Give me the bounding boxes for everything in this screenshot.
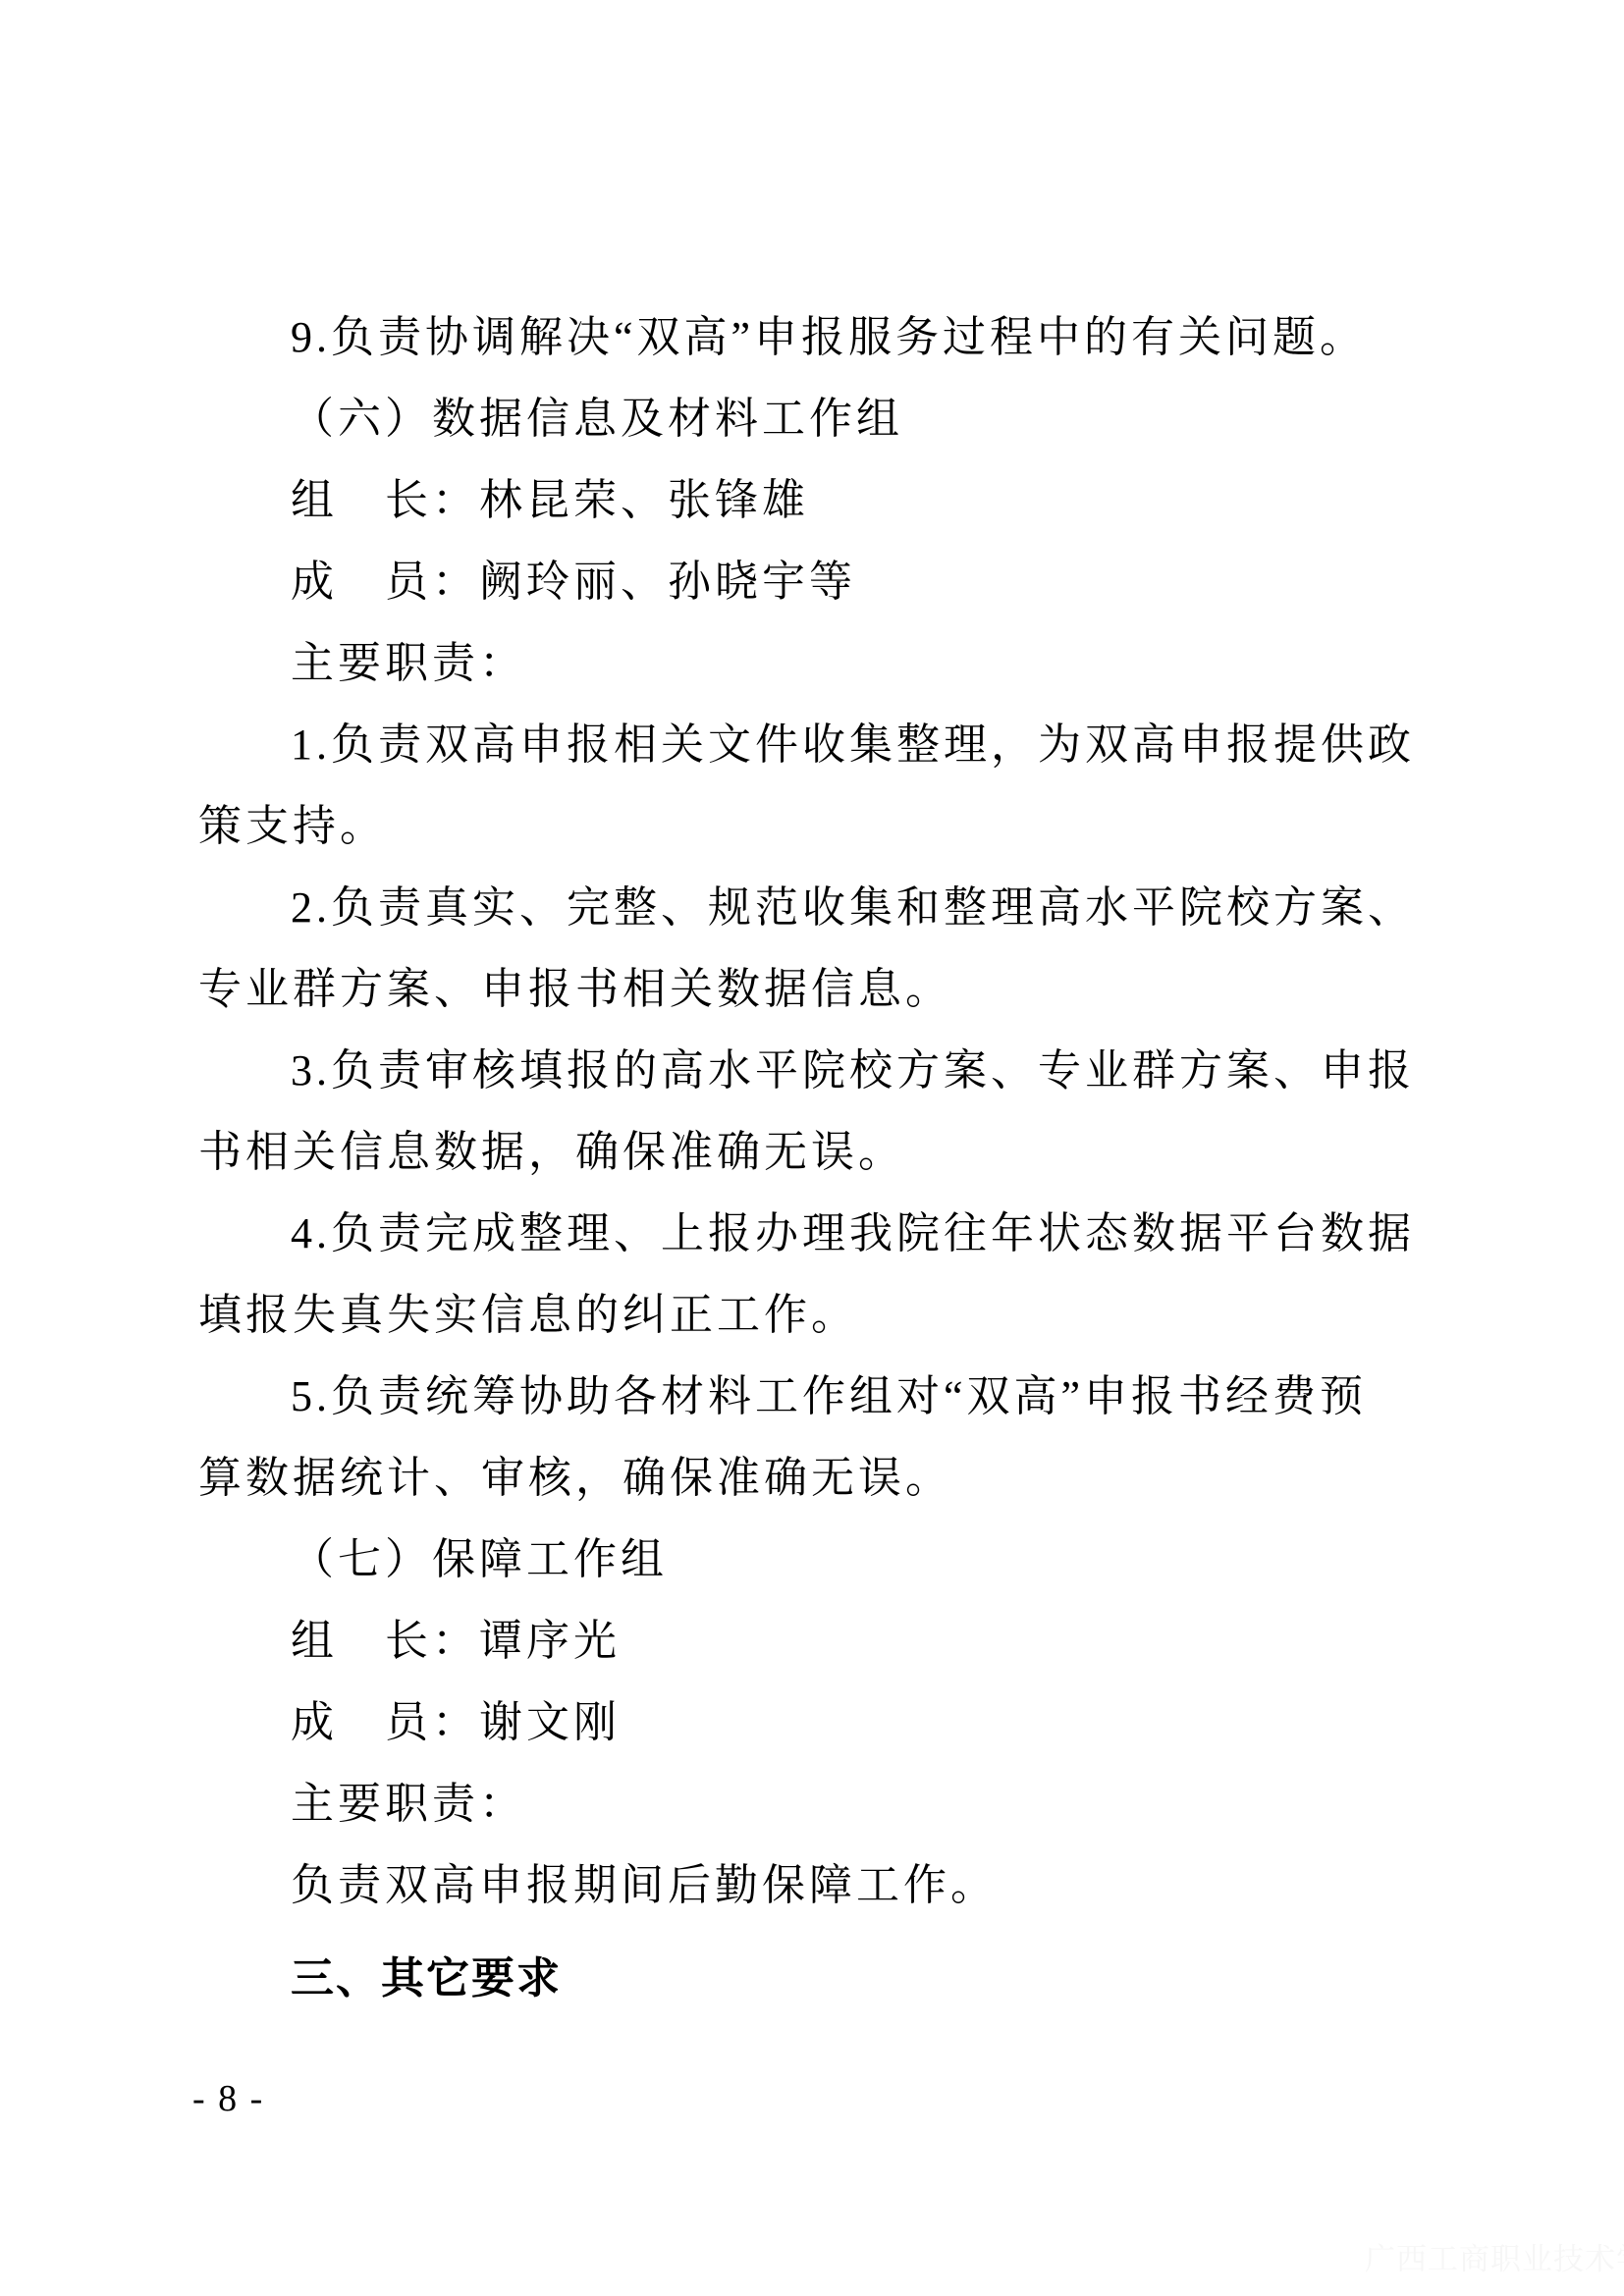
duties-label-2: 主要职责： <box>198 1763 1424 1844</box>
duty-2-line-2: 专业群方案、申报书相关数据信息。 <box>198 948 1424 1030</box>
duty-logistics-line: 负责双高申报期间后勤保障工作。 <box>198 1844 1424 1926</box>
duties-label: 主要职责： <box>198 622 1424 704</box>
watermark-text: 广西工商职业技术学院 <box>1365 2230 1624 2289</box>
duty-1-line-2: 策支持。 <box>198 785 1424 867</box>
chapter-heading-3: 三、其它要求 <box>198 1938 1424 2019</box>
duty-4-line-1: 4.负责完成整理、上报办理我院往年状态数据平台数据 <box>198 1193 1424 1274</box>
duty-2-line-1: 2.负责真实、完整、规范收集和整理高水平院校方案、 <box>198 867 1424 948</box>
duty-5-line-2: 算数据统计、审核，确保准确无误。 <box>198 1437 1424 1519</box>
duty-4-line-2: 填报失真失实信息的纠正工作。 <box>198 1274 1424 1356</box>
section-heading-7: （七）保障工作组 <box>198 1519 1424 1600</box>
document-page: 9.负责协调解决“双高”申报服务过程中的有关问题。 （六）数据信息及材料工作组 … <box>0 0 1624 2296</box>
page-number: - 8 - <box>192 2077 264 2120</box>
duty-5-line-1: 5.负责统筹协助各材料工作组对“双高”申报书经费预 <box>198 1356 1424 1437</box>
duty-1-line-1: 1.负责双高申报相关文件收集整理，为双高申报提供政 <box>198 704 1424 785</box>
paragraph-item-9: 9.负责协调解决“双高”申报服务过程中的有关问题。 <box>198 296 1424 378</box>
document-body: 9.负责协调解决“双高”申报服务过程中的有关问题。 （六）数据信息及材料工作组 … <box>198 296 1424 2019</box>
duty-3-line-1: 3.负责审核填报的高水平院校方案、专业群方案、申报 <box>198 1030 1424 1111</box>
group-leader-line: 组 长：林昆荣、张锋雄 <box>198 459 1424 541</box>
section-heading-6: （六）数据信息及材料工作组 <box>198 378 1424 459</box>
group-leader-line-2: 组 长：谭序光 <box>198 1600 1424 1682</box>
duty-3-line-2: 书相关信息数据，确保准确无误。 <box>198 1111 1424 1193</box>
group-members-line-2: 成 员：谢文刚 <box>198 1682 1424 1763</box>
group-members-line: 成 员：阙玲丽、孙晓宇等 <box>198 541 1424 622</box>
